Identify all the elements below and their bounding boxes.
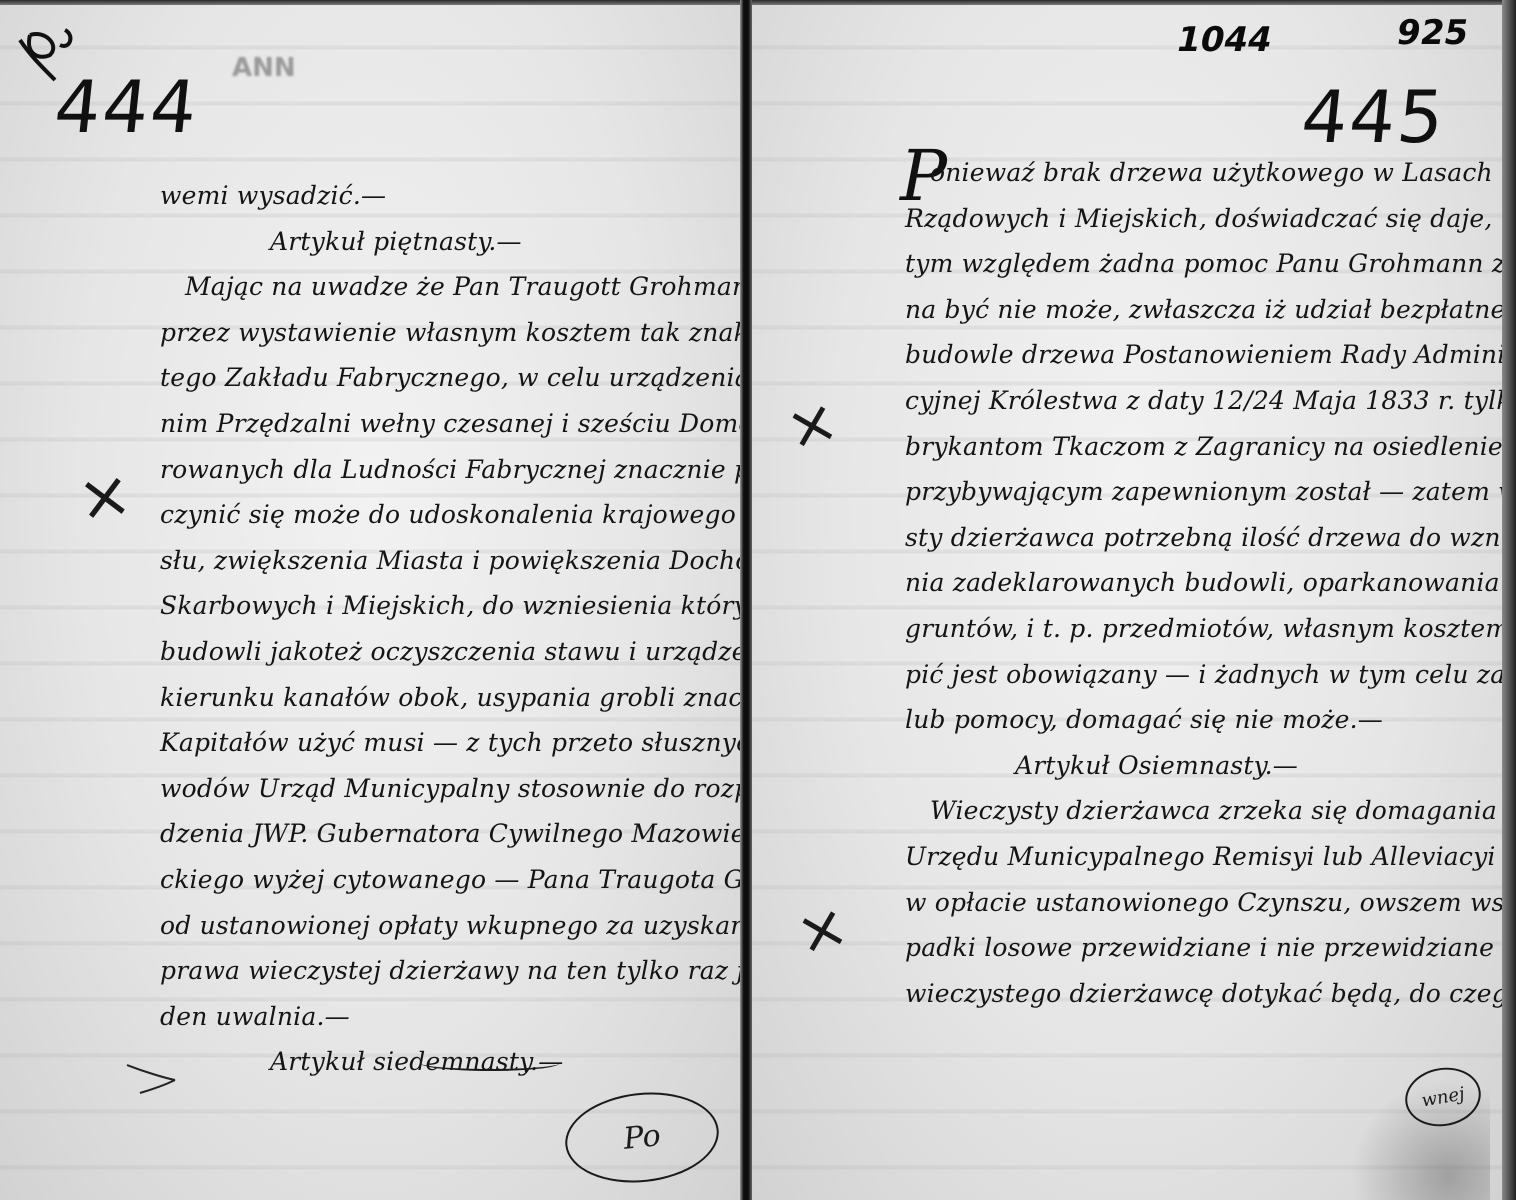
- text-line: budowli jakoteż oczyszczenia stawu i urz…: [160, 629, 740, 675]
- text-line: Rządowych i Miejskich, doświadczać się d…: [905, 196, 1495, 242]
- text-line: przybywającym zapewnionym został — zatem…: [905, 469, 1495, 515]
- text-line: pić jest obowiązany — i żadnych w tym ce…: [905, 652, 1495, 698]
- text-line: wieczystego dzierżawcę dotykać będą, do …: [905, 971, 1495, 1017]
- text-line: tym względem żadna pomoc Panu Grohmann z…: [905, 241, 1495, 287]
- text-line: od ustanowionej opłaty wkupnego za uzysk…: [160, 903, 740, 949]
- right-page-text: oniewaź brak drzewa użytkowego w Lasach …: [905, 150, 1495, 1016]
- folio-number-left: 444: [51, 65, 203, 149]
- folio-number-right: 445: [1298, 75, 1450, 159]
- margin-cross-mark-icon: ×: [779, 385, 846, 466]
- text-line: lub pomocy, domagać się nie może.—: [905, 697, 1495, 743]
- text-line: tego Zakładu Fabrycznego, w celu urządze…: [160, 355, 740, 401]
- margin-cross-mark-icon: ×: [789, 890, 856, 971]
- manuscript-spread: 444 ANN × wemi wysadzić.— Artykuł piętna…: [0, 0, 1516, 1200]
- text-line: nia zadeklarowanych budowli, oparkanowan…: [905, 560, 1495, 606]
- text-line: nim Przędzalni wełny czesanej i sześciu …: [160, 401, 740, 447]
- text-line: czynić się może do udoskonalenia krajowe…: [160, 492, 740, 538]
- text-line: dzenia JWP. Gubernatora Cywilnego Mazowi…: [160, 811, 740, 857]
- text-line: Wieczysty dzierżawca zrzeka się domagani…: [905, 788, 1495, 834]
- text-line: w opłacie ustanowionego Czynszu, owszem …: [905, 880, 1495, 926]
- text-line: Skarbowych i Miejskich, do wzniesienia k…: [160, 583, 740, 629]
- struck-stamp-right-2: 925: [1393, 13, 1471, 53]
- faint-stamp-left: ANN: [232, 53, 296, 83]
- text-line: wemi wysadzić.—: [160, 173, 740, 219]
- page-right-edge: [1502, 0, 1516, 1200]
- book-gutter: [740, 0, 752, 1200]
- text-line: wodów Urząd Municypalny stosownie do roz…: [160, 766, 740, 812]
- text-line: sty dzierżawca potrzebną ilość drzewa do…: [905, 515, 1495, 561]
- text-line: budowle drzewa Postanowieniem Rady Admin…: [905, 332, 1495, 378]
- article-heading: Artykuł piętnasty.—: [160, 219, 740, 265]
- paraph-seal-left: Po: [561, 1085, 723, 1190]
- text-line: kierunku kanałów obok, usypania grobli z…: [160, 675, 740, 721]
- heading-flourish: [420, 1055, 560, 1071]
- text-line: oniewaź brak drzewa użytkowego w Lasach: [905, 150, 1495, 196]
- text-line: rowanych dla Ludności Fabrycznej znaczni…: [160, 447, 740, 493]
- text-line: przez wystawienie własnym kosztem tak zn…: [160, 310, 740, 356]
- text-line: słu, zwiększenia Miasta i powiększenia D…: [160, 538, 740, 584]
- left-page-text: wemi wysadzić.— Artykuł piętnasty.— Mają…: [160, 173, 740, 1085]
- text-line: Urzędu Municypalnego Remisyi lub Allevia…: [905, 834, 1495, 880]
- text-line: ckiego wyżej cytowanego — Pana Traugota …: [160, 857, 740, 903]
- text-line: brykantom Tkaczom z Zagranicy na osiedle…: [905, 424, 1495, 470]
- text-line: den uwalnia.—: [160, 994, 740, 1040]
- pen-stroke-icon: [125, 1060, 185, 1095]
- text-line: na być nie może, zwłaszcza iż udział bez…: [905, 287, 1495, 333]
- text-line: Mając na uwadze że Pan Traugott Grohmann: [160, 264, 740, 310]
- text-line: prawa wieczystej dzierżawy na ten tylko …: [160, 948, 740, 994]
- text-line: padki losowe przewidziane i nie przewidz…: [905, 925, 1495, 971]
- margin-cross-mark-icon: ×: [73, 457, 136, 538]
- text-line: Kapitałów użyć musi — z tych przeto słus…: [160, 720, 740, 766]
- text-line: gruntów, i t. p. przedmiotów, własnym ko…: [905, 606, 1495, 652]
- struck-stamp-right-1: 1044: [1173, 20, 1276, 60]
- text-line: cyjnej Królestwa z daty 12/24 Maja 1833 …: [905, 378, 1495, 424]
- article-heading: Artykuł Osiemnasty.—: [905, 743, 1495, 789]
- left-page: 444 ANN × wemi wysadzić.— Artykuł piętna…: [0, 5, 740, 1200]
